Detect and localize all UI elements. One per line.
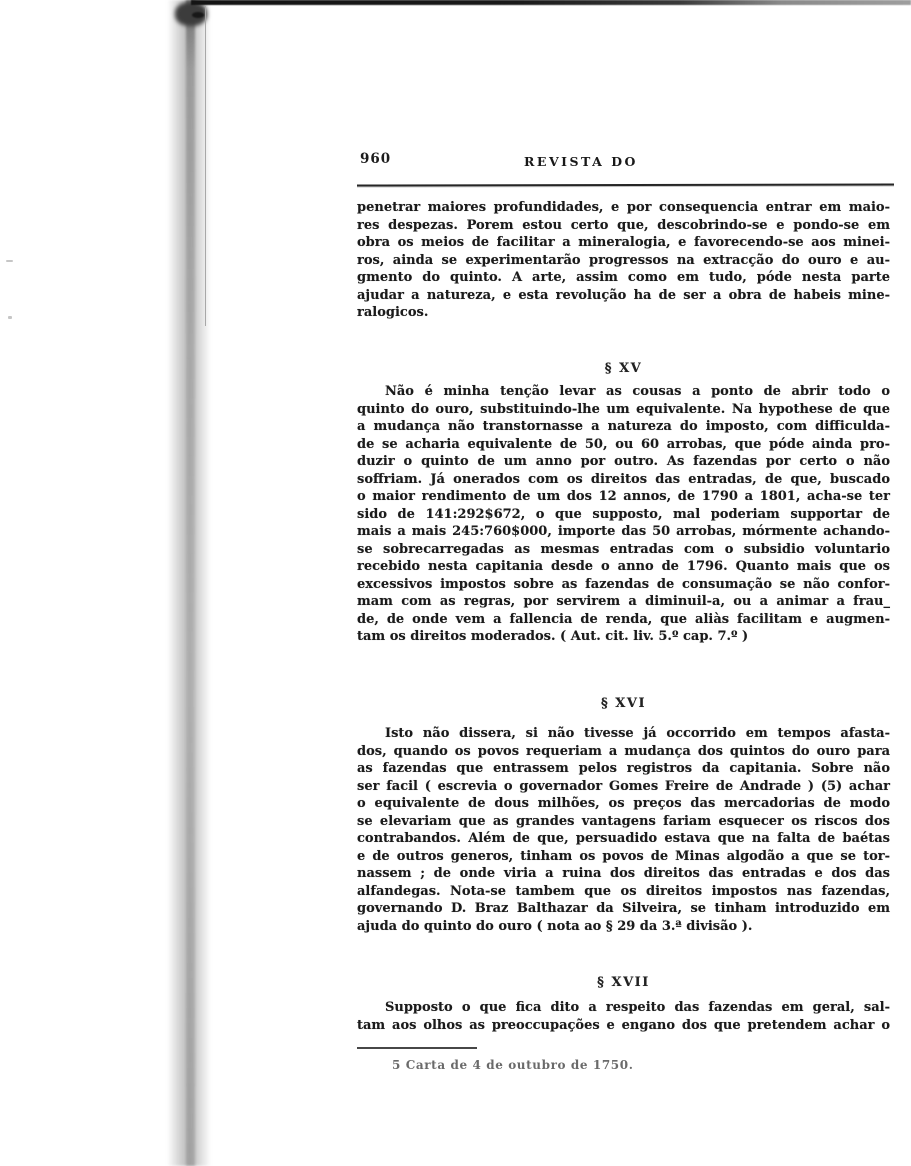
text-line: o equivalente de dous milhões, os preços…: [357, 795, 890, 813]
text-line: penetrar maiores profundidades, e por co…: [357, 199, 890, 217]
text-line: Isto não dissera, si não tivesse já occo…: [357, 725, 890, 743]
page-top-edge-line: [191, 0, 911, 5]
text-line: tam aos olhos as preoccupações e engano …: [357, 1017, 890, 1035]
header-rule: [357, 183, 894, 186]
text-line: ser facil ( escrevia o governador Gomes …: [357, 778, 890, 796]
running-head-title: REVISTA DO: [500, 154, 662, 169]
text-line: de se acharia equivalente de 50, ou 60 a…: [357, 436, 890, 454]
margin-speck: [6, 260, 13, 262]
footnote-separator-rule: [357, 1047, 477, 1049]
text-line: se sobrecarregadas as mesmas entradas co…: [357, 541, 890, 559]
scan-scratch-line: [205, 6, 206, 326]
paragraph-section-xv: Não é minha tenção levar as cousas a pon…: [357, 383, 890, 646]
binding-top-ink-spot: [192, 12, 204, 18]
footnote-text: 5 Carta de 4 de outubro de 1750.: [392, 1058, 872, 1072]
text-line: o maior rendimento de um dos 12 annos, d…: [357, 488, 890, 506]
paragraph-intro: penetrar maiores profundidades, e por co…: [357, 199, 890, 322]
text-line: sido de 141:292$672, o que supposto, mal…: [357, 506, 890, 524]
text-line: gmento do quinto. A arte, assim como em …: [357, 269, 890, 287]
text-line: Supposto o que fica dito a respeito das …: [357, 999, 890, 1017]
text-line: ralogicos.: [357, 304, 890, 322]
text-line: ajuda do quinto do ouro ( nota ao § 29 d…: [357, 918, 890, 936]
text-line: res despezas. Porem estou certo que, des…: [357, 217, 890, 235]
text-line: e de outros generos, tinham os povos de …: [357, 848, 890, 866]
text-line: se elevariam que as grandes vantagens fa…: [357, 813, 890, 831]
paragraph-section-xvi: Isto não dissera, si não tivesse já occo…: [357, 725, 890, 935]
text-line: tam os direitos moderados. ( Aut. cit. l…: [357, 628, 890, 646]
text-line: a mudança não transtornasse a natureza d…: [357, 418, 890, 436]
page-number: 960: [360, 151, 391, 167]
text-line: as fazendas que entrassem pelos registro…: [357, 760, 890, 778]
text-line: alfandegas. Nota-se tambem que os direit…: [357, 883, 890, 901]
text-line: dos, quando os povos requeriam a mudança…: [357, 743, 890, 761]
section-heading-xv: § XV: [357, 361, 890, 376]
text-line: obra os meios de facilitar a mineralogia…: [357, 234, 890, 252]
text-line: quinto do ouro, substituindo-lhe um equi…: [357, 401, 890, 419]
text-line: excessivos impostos sobre as fazendas de…: [357, 576, 890, 594]
text-line: nassem ; de onde viria a ruina dos direi…: [357, 865, 890, 883]
text-line: mam com as regras, por servirem a diminu…: [357, 593, 890, 611]
text-line: de, de onde vem a fallencia de renda, qu…: [357, 611, 890, 629]
text-line: contrabandos. Além de que, persuadido es…: [357, 830, 890, 848]
text-line: ajudar a natureza, e esta revolução ha d…: [357, 287, 890, 305]
paragraph-section-xvii: Supposto o que fica dito a respeito das …: [357, 999, 890, 1034]
text-line: duzir o quinto de um anno por outro. As …: [357, 453, 890, 471]
text-line: recebido nesta capitania desde o anno de…: [357, 558, 890, 576]
text-line: mais a mais 245:760$000, importe das 50 …: [357, 523, 890, 541]
section-heading-xvi: § XVI: [357, 696, 890, 711]
margin-speck: [8, 316, 12, 319]
section-heading-xvii: § XVII: [357, 975, 890, 990]
text-line: soffriam. Já onerados com os direitos da…: [357, 471, 890, 489]
text-line: governando D. Braz Balthazar da Silveira…: [357, 900, 890, 918]
book-binding-line: [186, 0, 195, 1166]
text-line: ros, ainda se experimentarão progressos …: [357, 252, 890, 270]
text-line: Não é minha tenção levar as cousas a pon…: [357, 383, 890, 401]
